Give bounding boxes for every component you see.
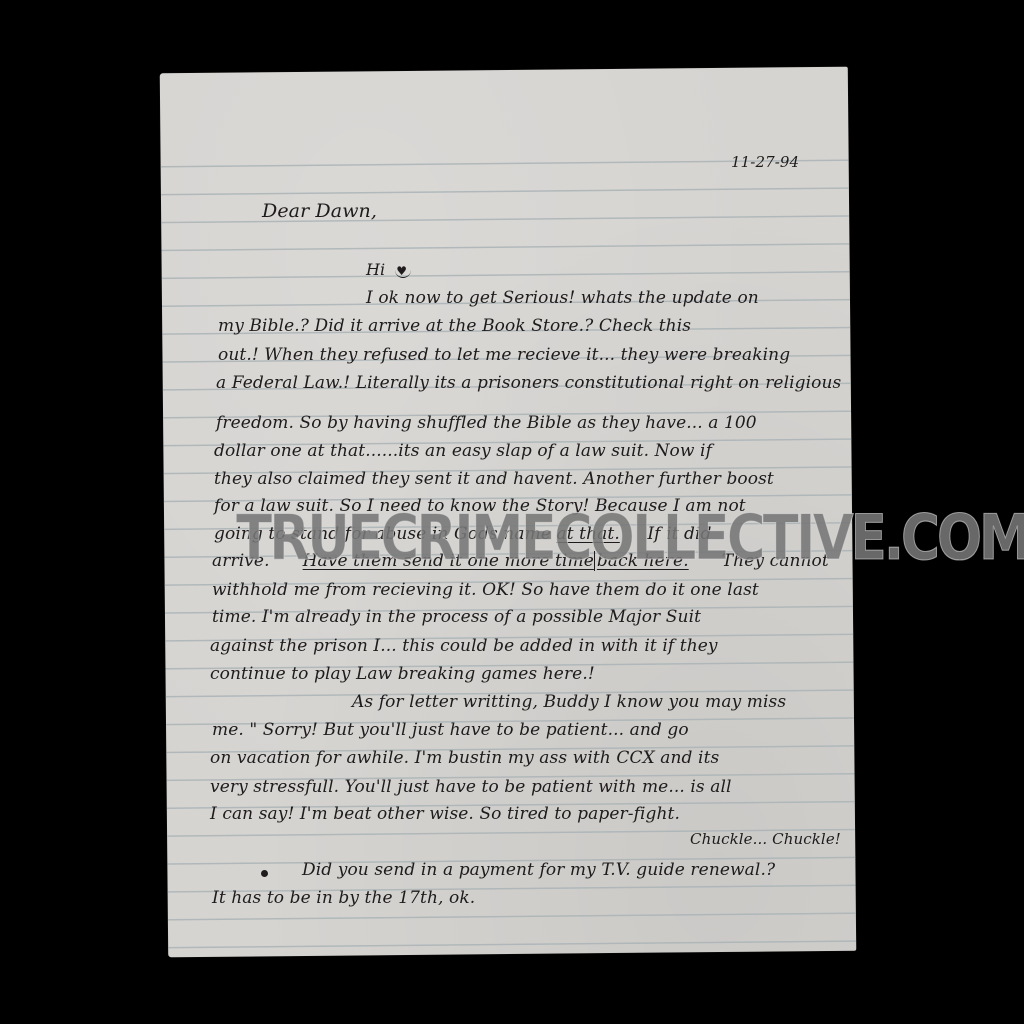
line-10-text: arrive. [212, 551, 270, 571]
letter-line-9: going to stand for abuse in Gods name at… [214, 526, 712, 543]
letter-line-1: I ok now to get Serious! whats the updat… [366, 290, 759, 307]
salutation: Dear Dawn, [262, 202, 377, 221]
letter-line-5: freedom. So by having shuffled the Bible… [216, 415, 757, 432]
letter-line-3: out.! When they refused to let me reciev… [218, 347, 790, 364]
letter-line-21: Did you send in a payment for my T.V. gu… [302, 862, 775, 879]
letter-date: 11-27-94 [731, 155, 799, 170]
boxed-back-here: back here. [594, 551, 689, 571]
letter-line-11: withhold me from recieving it. OK! So ha… [212, 582, 759, 599]
underlined-at-that: at that. [557, 524, 620, 544]
letter-line-4: a Federal Law.! Literally its a prisoner… [216, 375, 841, 392]
bullet-icon [261, 870, 268, 877]
letter-line-13: against the prison I... this could be ad… [210, 638, 718, 655]
letter-line-19: I can say! I'm beat other wise. So tired… [210, 806, 680, 823]
hi-greeting: Hi♥ [366, 262, 411, 278]
photo-stage: 11-27-94 Dear Dawn, Hi♥ I ok now to get … [0, 0, 1024, 1024]
line-9-text: going to stand for abuse in Gods name [214, 524, 551, 544]
letter-line-12: time. I'm already in the process of a po… [212, 609, 701, 626]
letter-line-10: arrive. Have them send it one more timeb… [212, 553, 829, 570]
underlined-send-again: Have them send it one more time [303, 551, 594, 571]
letter-line-16: me. " Sorry! But you'll just have to be … [212, 722, 689, 739]
doodle-icon: ♥ [395, 265, 411, 278]
letter-line-17: on vacation for awhile. I'm bustin my as… [210, 750, 719, 767]
letter-line-8: for a law suit. So I need to know the St… [214, 498, 746, 515]
letter-line-18: very stressfull. You'll just have to be … [210, 779, 732, 796]
letter-line-20: Chuckle... Chuckle! [690, 832, 841, 847]
hi-text: Hi [366, 260, 385, 279]
letter-line-14: continue to play Law breaking games here… [210, 666, 595, 683]
letter-line-6: dollar one at that......its an easy slap… [214, 443, 712, 460]
line-10-tail: They cannot [722, 551, 829, 571]
letter-line-2: my Bible.? Did it arrive at the Book Sto… [218, 318, 691, 335]
letter-line-7: they also claimed they sent it and haven… [214, 471, 774, 488]
line-9-tail: If it did [647, 524, 711, 544]
letter-line-22: It has to be in by the 17th, ok. [212, 890, 475, 907]
letter-line-15: As for letter writting, Buddy I know you… [352, 694, 786, 711]
